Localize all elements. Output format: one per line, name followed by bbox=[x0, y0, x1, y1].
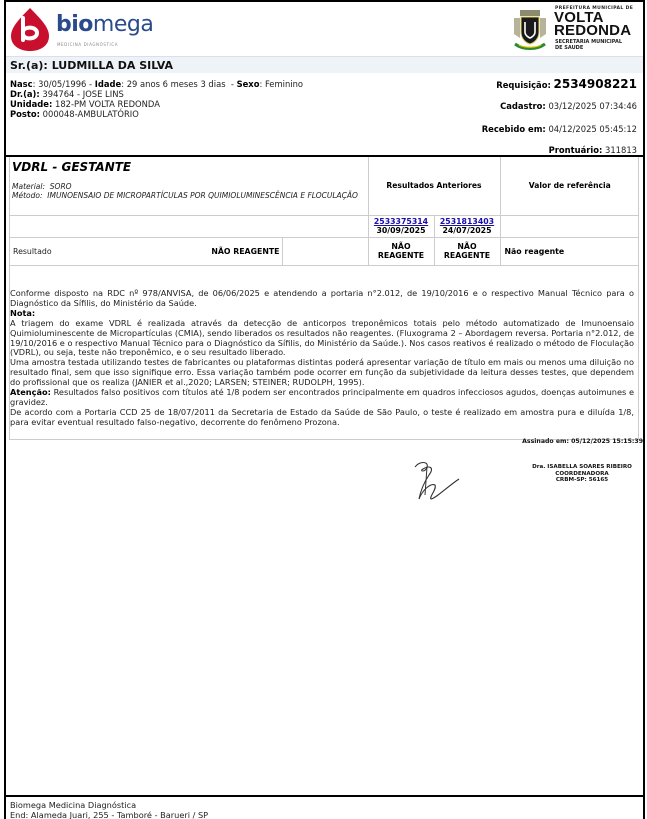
previous-result-date: 24/07/2025 bbox=[435, 226, 500, 235]
signer-registry: CRBM-SP: 56165 bbox=[522, 477, 642, 484]
biomega-logo: biomega MEDICINA DIAGNÓSTICA bbox=[8, 6, 138, 52]
registration-date: Cadastro: 03/12/2025 07:34:46 bbox=[500, 101, 637, 111]
signature-icon bbox=[409, 455, 465, 505]
biomega-tagline: MEDICINA DIAGNÓSTICA bbox=[57, 42, 118, 47]
signer-info: Dra. ISABELLA SOARES RIBEIRO COORDENADOR… bbox=[522, 464, 642, 484]
biomega-mark-icon bbox=[8, 6, 52, 52]
previous-result-link[interactable]: 2533375314 bbox=[369, 217, 434, 226]
prozone-note: De acordo com a Portaria CCD 25 de 18/07… bbox=[10, 408, 634, 428]
footer-address: End: Alameda Juari, 255 - Tamboré - Baru… bbox=[10, 810, 208, 819]
report-footer: Biomega Medicina Diagnóstica End: Alamed… bbox=[10, 800, 208, 819]
lab-report-page: biomega MEDICINA DIAGNÓSTICA PREFEITURA … bbox=[4, 0, 645, 819]
municipal-department: SECRETARIA MUNICIPAL DE SAUDE bbox=[555, 39, 622, 51]
municipal-logo: PREFEITURA MUNICIPAL DE VOLTA REDONDA SE… bbox=[499, 2, 639, 58]
patient-name: Sr.(a): LUDMILLA DA SILVA bbox=[10, 59, 173, 72]
previous-result-1-value: NÃOREAGENTE bbox=[368, 237, 434, 265]
result-label: Resultado bbox=[10, 237, 210, 265]
patient-name-bar: Sr.(a): LUDMILLA DA SILVA bbox=[6, 56, 643, 73]
coat-of-arms-icon bbox=[511, 8, 549, 52]
patient-post: Posto: 000048-AMBULATÓRIO bbox=[10, 109, 303, 119]
footer-company: Biomega Medicina Diagnóstica bbox=[10, 800, 208, 810]
variation-note: Uma amostra testada utilizando testes de… bbox=[10, 358, 634, 388]
medical-record: Prontuário: 311813 bbox=[549, 145, 637, 155]
previous-result-date: 30/09/2025 bbox=[369, 226, 434, 235]
patient-doctor: Dr.(a): 394764 - JOSE LINS bbox=[10, 89, 303, 99]
exam-title: VDRL - GESTANTE bbox=[10, 157, 368, 174]
patient-unit: Unidade: 182-PM VOLTA REDONDA bbox=[10, 99, 303, 109]
exam-header-cell: VDRL - GESTANTE Material: SORO Método: I… bbox=[10, 157, 368, 215]
request-number: Requisição: 2534908221 bbox=[496, 77, 637, 91]
screening-note: A triagem do exame VDRL é realizada atra… bbox=[10, 319, 634, 359]
report-header: biomega MEDICINA DIAGNÓSTICA PREFEITURA … bbox=[6, 0, 643, 56]
result-value: NÃO REAGENTE bbox=[210, 237, 282, 265]
exam-method: Método: IMUNOENSAIO DE MICROPARTÍCULAS P… bbox=[10, 191, 368, 200]
exam-material: Material: SORO bbox=[10, 182, 368, 191]
municipal-name: VOLTA REDONDA bbox=[554, 11, 631, 37]
biomega-wordmark: biomega bbox=[56, 12, 153, 37]
nota-label: Nota: bbox=[10, 308, 35, 318]
received-date: Recebido em: 04/12/2025 05:45:12 bbox=[482, 124, 637, 134]
previous-result-2-value: NÃOREAGENTE bbox=[434, 237, 500, 265]
exam-notes: Conforme disposto na RDC nº 978/ANVISA, … bbox=[10, 289, 634, 428]
previous-result-link[interactable]: 2531813403 bbox=[435, 217, 500, 226]
patient-details: Nasc: 30/05/1996 - Idade: 29 anos 6 mese… bbox=[10, 79, 303, 119]
exam-results-table: VDRL - GESTANTE Material: SORO Método: I… bbox=[10, 157, 639, 266]
patient-demographics: Nasc: 30/05/1996 - Idade: 29 anos 6 mese… bbox=[10, 79, 303, 89]
previous-result-2-header[interactable]: 2531813403 24/07/2025 bbox=[434, 215, 500, 237]
attention-note: Atenção: Resultados falso positivos com … bbox=[10, 388, 634, 408]
footer-divider bbox=[6, 795, 643, 797]
signer-name: Dra. ISABELLA SOARES RIBEIRO bbox=[522, 464, 642, 471]
reference-value: Não reagente bbox=[500, 237, 639, 265]
reference-value-header: Valor de referência bbox=[500, 157, 639, 215]
previous-result-1-header[interactable]: 2533375314 30/09/2025 bbox=[368, 215, 434, 237]
previous-results-header: Resultados Anteriores bbox=[368, 157, 500, 215]
signed-at: Assinado em: 05/12/2025 15:15:39 bbox=[522, 438, 643, 445]
regulation-note: Conforme disposto na RDC nº 978/ANVISA, … bbox=[10, 289, 634, 309]
